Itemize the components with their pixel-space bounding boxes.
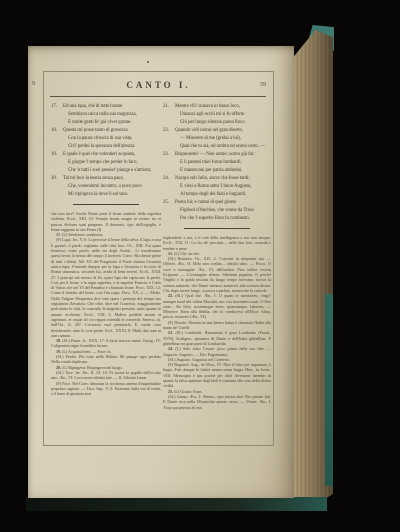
verse-text: Mentre ch'i' ruinava in basso loco, bbox=[175, 104, 240, 109]
verse-line: 21.Mentre ch'i' ruinava in basso loco, bbox=[163, 103, 271, 111]
verse-line: Qual che tu sia, od ombra od uomo certo.… bbox=[163, 143, 271, 151]
tercet-number: 20. bbox=[51, 175, 63, 183]
verse-line: E mantovani per patria ambedui. bbox=[163, 167, 271, 175]
verse-line: E vissi a Roma sotto 'l buon Augusto, bbox=[163, 183, 271, 191]
verse-line: Chi per lungo silenzio parea fioco. bbox=[163, 119, 271, 127]
tercet: 18.Questa mi porse tanto di gravezza Con… bbox=[51, 127, 161, 151]
verse-line: Al tempo degli dei falsi e bugiardi. bbox=[163, 191, 271, 199]
tercet-number: 22. bbox=[163, 127, 175, 135]
footnote-number: 25. bbox=[168, 389, 173, 394]
tercet-number: 24. bbox=[163, 175, 175, 183]
verse-column-right: 21.Mentre ch'i' ruinava in basso loco, D… bbox=[163, 103, 271, 223]
tercet-number: 19. bbox=[51, 151, 63, 159]
book-scan-scene: 9 CANTO I. 59 17.Ed una lupa, chè di tut… bbox=[0, 0, 400, 532]
verse-line: 22.Quando vidi costui nel gran diserto, bbox=[163, 127, 271, 135]
verse-text: Nacqui sub Julio, ancor che fosse tardi; bbox=[175, 176, 250, 181]
footnote-paragraph: (SL) Giusto. Æn., I: Æneas.., quo justio… bbox=[163, 394, 271, 410]
verse-text: Poeta fui; e cantai di quel giusto bbox=[175, 200, 236, 205]
footnote-text: (SL) Paura. Is., XXX, 17: A facie terror… bbox=[51, 338, 161, 348]
verse-line: E giugne 'l tempo che perder lo face, bbox=[51, 159, 161, 167]
tercet: 23.Rispuosemi: — Non uomo; uomo già fui:… bbox=[163, 151, 271, 175]
page-number: 59 bbox=[260, 82, 266, 88]
footnote-text: (L) Sub: sotto Cesare: poco prima della … bbox=[163, 346, 271, 356]
verse-line: 20.Tal mi fece la bestia senza pace, bbox=[51, 175, 161, 183]
footnote-paragraph: (SL) Tace. Jer. Ter., II, 10, 18: Fa tac… bbox=[51, 370, 161, 381]
footnote-number: 19. bbox=[56, 349, 61, 354]
footnote-column-right: risplendette a noi, e il sole della inte… bbox=[163, 235, 271, 410]
verse-line: Sembiava carca nella sua magrezza, bbox=[51, 111, 161, 119]
header-title: CANTO I. bbox=[44, 80, 273, 90]
verse-line: Mi ripingeva là dove il sol tace. bbox=[51, 191, 161, 199]
footnote-paragraph: (F) Diserto. Deserta in una lettera lati… bbox=[163, 320, 271, 331]
footnote-paragraph: che non tace? Anche Dante pone il leone … bbox=[51, 211, 161, 232]
verse-line: 25.Poeta fui; e cantai di quel giusto bbox=[163, 199, 271, 207]
verse-text: Ed una lupa, chè di tutte brame bbox=[63, 104, 122, 109]
footnote-text: (SL) Tace. Jer. Ter., II, 10, 18: Fa tac… bbox=[51, 370, 161, 380]
footnote-text: (L) Chi: un che. bbox=[174, 251, 200, 256]
footnote-text: (L) Acquista beni. — Face: fa. bbox=[62, 349, 111, 354]
footnote-column-left: che non tace? Anche Dante pone il leone … bbox=[51, 211, 161, 396]
tercet-number: 21. bbox=[163, 103, 175, 111]
column-divider bbox=[73, 204, 139, 205]
verse-line: E li parenti miei furon lombardi, bbox=[163, 159, 271, 167]
tercet: 24.Nacqui sub Julio, ancor che fosse tar… bbox=[163, 175, 271, 199]
footnote-paragraph: 23. (SL) Lombardi. Rammenta il gran Lomb… bbox=[163, 330, 271, 346]
book-cover-bottom-strip bbox=[26, 497, 327, 511]
margin-page-number: 9 bbox=[32, 81, 35, 87]
verse-line: E molte genti fe' già viver grame. bbox=[51, 119, 161, 127]
tercet-number: 18. bbox=[51, 127, 63, 135]
footnote-paragraph: 18. (SL) Paura. Is., XXX, 17: A facie te… bbox=[51, 338, 161, 349]
tercet: 17.Ed una lupa, chè di tutte brame Sembi… bbox=[51, 103, 161, 127]
tercet-number: 23. bbox=[163, 151, 175, 159]
verse-text: Quando vidi costui nel gran diserto, bbox=[175, 128, 243, 133]
footnote-text: (SL) Giusto. Æn., I: Æneas.., quo justio… bbox=[163, 394, 271, 410]
footnote-number: 24. bbox=[168, 346, 173, 351]
tercet: 19.E quale è quei che volentieri acquist… bbox=[51, 151, 161, 175]
footnote-number: 17. bbox=[56, 232, 61, 237]
footnote-text: (F) Pace. Nel Conv. dimostra la ricchezz… bbox=[51, 381, 161, 397]
footnote-text: (SL) Augusto. Augustus nel Convivio. bbox=[168, 357, 230, 362]
footnote-paragraph: (F) Bugiardi. Aug., de Mon., IV: Dire il… bbox=[163, 362, 271, 388]
verse-line: Ch'i' perdei la speranza dell'altezza. bbox=[51, 143, 161, 151]
verse-text: Questa mi porse tanto di gravezza bbox=[63, 128, 128, 133]
verse-line: Che 'n tutti i suoi pensier' piange e s'… bbox=[51, 167, 161, 175]
paper-speck bbox=[147, 61, 149, 63]
running-header: CANTO I. 59 bbox=[44, 80, 273, 93]
page-frame: CANTO I. 59 17.Ed una lupa, chè di tutte… bbox=[43, 71, 274, 446]
footnote-text: (F) Diserto. Deserta in una lettera lati… bbox=[163, 320, 271, 330]
footnote-paragraph: 22. (SL) Qual che. Æn., I: O quam te mem… bbox=[163, 293, 271, 319]
footnote-number: 18. bbox=[56, 338, 61, 343]
footnote-text: (SL) Lombardi. Rammenta il gran Lombardo… bbox=[163, 330, 271, 346]
tercet: 21.Mentre ch'i' ruinava in basso loco, D… bbox=[163, 103, 271, 127]
verse-line: Poi che 'l superbo Ilion fu combusto. bbox=[163, 215, 271, 223]
footnote-paragraph: (F) Pace. Nel Conv. dimostra la ricchezz… bbox=[51, 381, 161, 397]
footnote-text: risplendette a noi, e il sole della inte… bbox=[163, 235, 271, 251]
verse-line: 23.Rispuosemi: — Non uomo; uomo già fui: bbox=[163, 151, 271, 159]
footnote-text: (F) Bugiardi. Aug., de Mon., IV: Dire il… bbox=[163, 362, 271, 388]
footnote-paragraph: (SL) Perder. Più forte nella Bibbia: Mi … bbox=[51, 354, 161, 365]
verse-line: 19.E quale è quei che volentieri acquist… bbox=[51, 151, 161, 159]
tercet: 25.Poeta fui; e cantai di quel giusto Fi… bbox=[163, 199, 271, 223]
verse-line: Dinanzi agli occhi mi si fu offerto bbox=[163, 111, 271, 119]
verse-text: Tal mi fece la bestia senza pace, bbox=[63, 176, 124, 181]
footnote-number: 23. bbox=[168, 330, 173, 335]
verse-column-left: 17.Ed una lupa, chè di tutte brame Sembi… bbox=[51, 103, 161, 199]
verse-line: 18.Questa mi porse tanto di gravezza bbox=[51, 127, 161, 135]
footnote-paragraph: (SL) Ruinava. Os., XIV, 2: Corruisti in … bbox=[163, 256, 271, 293]
column-right: 21.Mentre ch'i' ruinava in basso loco, D… bbox=[163, 103, 271, 441]
footnote-text: (L) Sembiava: sembrava. bbox=[62, 232, 103, 237]
verse-text: E quale è quei che volentieri acquista, bbox=[63, 152, 135, 157]
footnote-text: che non tace? Anche Dante pone il leone … bbox=[51, 211, 161, 232]
footnote-text: (SL) Ruinava. Os., XIV, 2: Corruisti in … bbox=[163, 256, 271, 293]
book-page: 9 CANTO I. 59 17.Ed una lupa, chè di tut… bbox=[28, 46, 294, 498]
footnote-number: 21. bbox=[168, 251, 173, 256]
book-cover-right-accent bbox=[325, 294, 333, 486]
verse-line: Che, venendomi incontro, a poco poco bbox=[51, 183, 161, 191]
footnote-paragraph: 24. (L) Sub: sotto Cesare: poco prima de… bbox=[163, 346, 271, 357]
tercet: 20.Tal mi fece la bestia senza pace, Che… bbox=[51, 175, 161, 199]
footnote-text: (SL) Perder. Più forte nella Bibbia: Mi … bbox=[51, 354, 161, 364]
footnote-number: 20. bbox=[56, 365, 61, 370]
tercet: 22.Quando vidi costui nel gran diserto, … bbox=[163, 127, 271, 151]
verse-line: 17.Ed una lupa, chè di tutte brame bbox=[51, 103, 161, 111]
column-divider bbox=[184, 228, 250, 229]
tercet-number: 17. bbox=[51, 103, 63, 111]
verse-line: 24.Nacqui sub Julio, ancor che fosse tar… bbox=[163, 175, 271, 183]
footnote-text: (L) Giusto: Enea. bbox=[174, 389, 202, 394]
verse-line: — Miserere di me (gridai a lui), bbox=[163, 135, 271, 143]
tercet-number: 25. bbox=[163, 199, 175, 207]
footnote-paragraph: (F) Lupa. Jer., V, 6: Li percosse il leo… bbox=[51, 237, 161, 338]
verse-line: Con la paura ch'uscia di sua vista, bbox=[51, 135, 161, 143]
footnote-text: (F) Lupa. Jer., V, 6: Li percosse il leo… bbox=[51, 237, 161, 337]
footnote-number: 22. bbox=[168, 293, 173, 298]
column-left: 17.Ed una lupa, chè di tutte brame Sembi… bbox=[51, 103, 161, 441]
footnote-text: (L) Ripingeva: Rispingeva nel luogo. bbox=[62, 365, 122, 370]
footnote-paragraph: risplendette a noi, e il sole della inte… bbox=[163, 235, 271, 251]
verse-text: Rispuosemi: — Non uomo; uomo già fui: bbox=[175, 152, 255, 157]
verse-line: Figliuol d'Anchise, che venne da Troia bbox=[163, 207, 271, 215]
footnote-text: (SL) Qual che. Æn., I: O quam te memorem… bbox=[163, 293, 271, 319]
header-rule bbox=[50, 96, 266, 97]
